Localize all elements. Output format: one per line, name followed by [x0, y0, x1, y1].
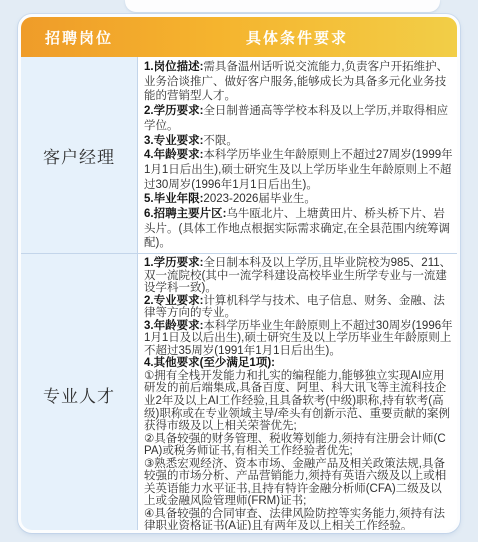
table-header: 招聘岗位 具体条件要求 [21, 17, 457, 57]
requirement-label: 1.学历要求: [144, 257, 203, 269]
requirement-item: ①拥有全栈开发能力和扎实的编程能力,能够独立实现AI应用研发的前后端集成,具备百… [144, 370, 453, 433]
requirement-item: 1.岗位描述:需具备温州话听说交流能力,负责客户开拓维护、业务洽谈推广、做好客户… [144, 60, 453, 104]
requirement-item: ④具备较强的合同审查、法律风险防控等实务能力,须持有法律职业资格证书(A证)且有… [144, 508, 453, 533]
table-body: 客户经理1.岗位描述:需具备温州话听说交流能力,负责客户开拓维护、业务洽谈推广、… [21, 57, 457, 533]
table-row: 客户经理1.岗位描述:需具备温州话听说交流能力,负责客户开拓维护、业务洽谈推广、… [21, 57, 457, 253]
requirement-label: 4.其他要求(至少满足1项): [144, 357, 275, 369]
requirement-label: 3.专业要求: [144, 135, 203, 147]
requirement-label: 1.岗位描述: [144, 61, 203, 73]
position-label: 专业人才 [43, 382, 115, 407]
requirement-item: ③熟悉宏观经济、资本市场、金融产品及相关政策法规,具备较强的市场分析、产品营销能… [144, 458, 453, 508]
requirements-cell: 1.学历要求:全日制本科及以上学历,且毕业院校为985、211、双一流院校(其中… [138, 254, 457, 533]
requirement-label: 3.年龄要求: [144, 320, 203, 332]
position-cell: 客户经理 [21, 57, 138, 253]
previous-section-card-edge [125, 0, 440, 12]
requirement-label: 4.年龄要求: [144, 149, 203, 161]
header-position-column: 招聘岗位 [21, 17, 137, 57]
position-label: 客户经理 [43, 143, 115, 168]
position-cell: 专业人才 [21, 254, 138, 533]
requirement-item: 3.年龄要求:本科学历毕业生年龄原则上不超过30周岁(1996年1月1日及以后出… [144, 320, 453, 358]
requirement-item: 3.专业要求:不限。 [144, 134, 453, 149]
requirement-label: 2.专业要求: [144, 295, 203, 307]
requirement-label: 2.学历要求: [144, 105, 203, 117]
requirement-item: 4.其他要求(至少满足1项): [144, 357, 453, 370]
table-row: 专业人才1.学历要求:全日制本科及以上学历,且毕业院校为985、211、双一流院… [21, 253, 457, 533]
requirement-item: 5.毕业年限:2023-2026届毕业生。 [144, 192, 453, 207]
requirement-item: 2.专业要求:计算机科学与技术、电子信息、财务、金融、法律等方向的专业。 [144, 295, 453, 320]
requirement-item: 2.学历要求:全日制普通高等学校本科及以上学历,并取得相应学位。 [144, 104, 453, 133]
recruitment-table: 招聘岗位 具体条件要求 客户经理1.岗位描述:需具备温州话听说交流能力,负责客户… [18, 14, 460, 533]
requirement-item: ②具备较强的财务管理、税收筹划能力,须持有注册会计师(CPA)或税务师证书,有相… [144, 433, 453, 458]
requirement-item: 6.招聘主要片区:乌牛瓯北片、上塘黄田片、桥头桥下片、岩头片。(具体工作地点根据… [144, 207, 453, 251]
requirement-label: 5.毕业年限: [144, 193, 203, 205]
requirement-item: 4.年龄要求:本科学历毕业生年龄原则上不超过27周岁(1999年1月1日后出生)… [144, 148, 453, 192]
requirement-item: 1.学历要求:全日制本科及以上学历,且毕业院校为985、211、双一流院校(其中… [144, 257, 453, 295]
requirement-label: 6.招聘主要片区: [144, 208, 226, 220]
requirements-cell: 1.岗位描述:需具备温州话听说交流能力,负责客户开拓维护、业务洽谈推广、做好客户… [138, 57, 457, 253]
header-requirements-column: 具体条件要求 [137, 17, 457, 57]
